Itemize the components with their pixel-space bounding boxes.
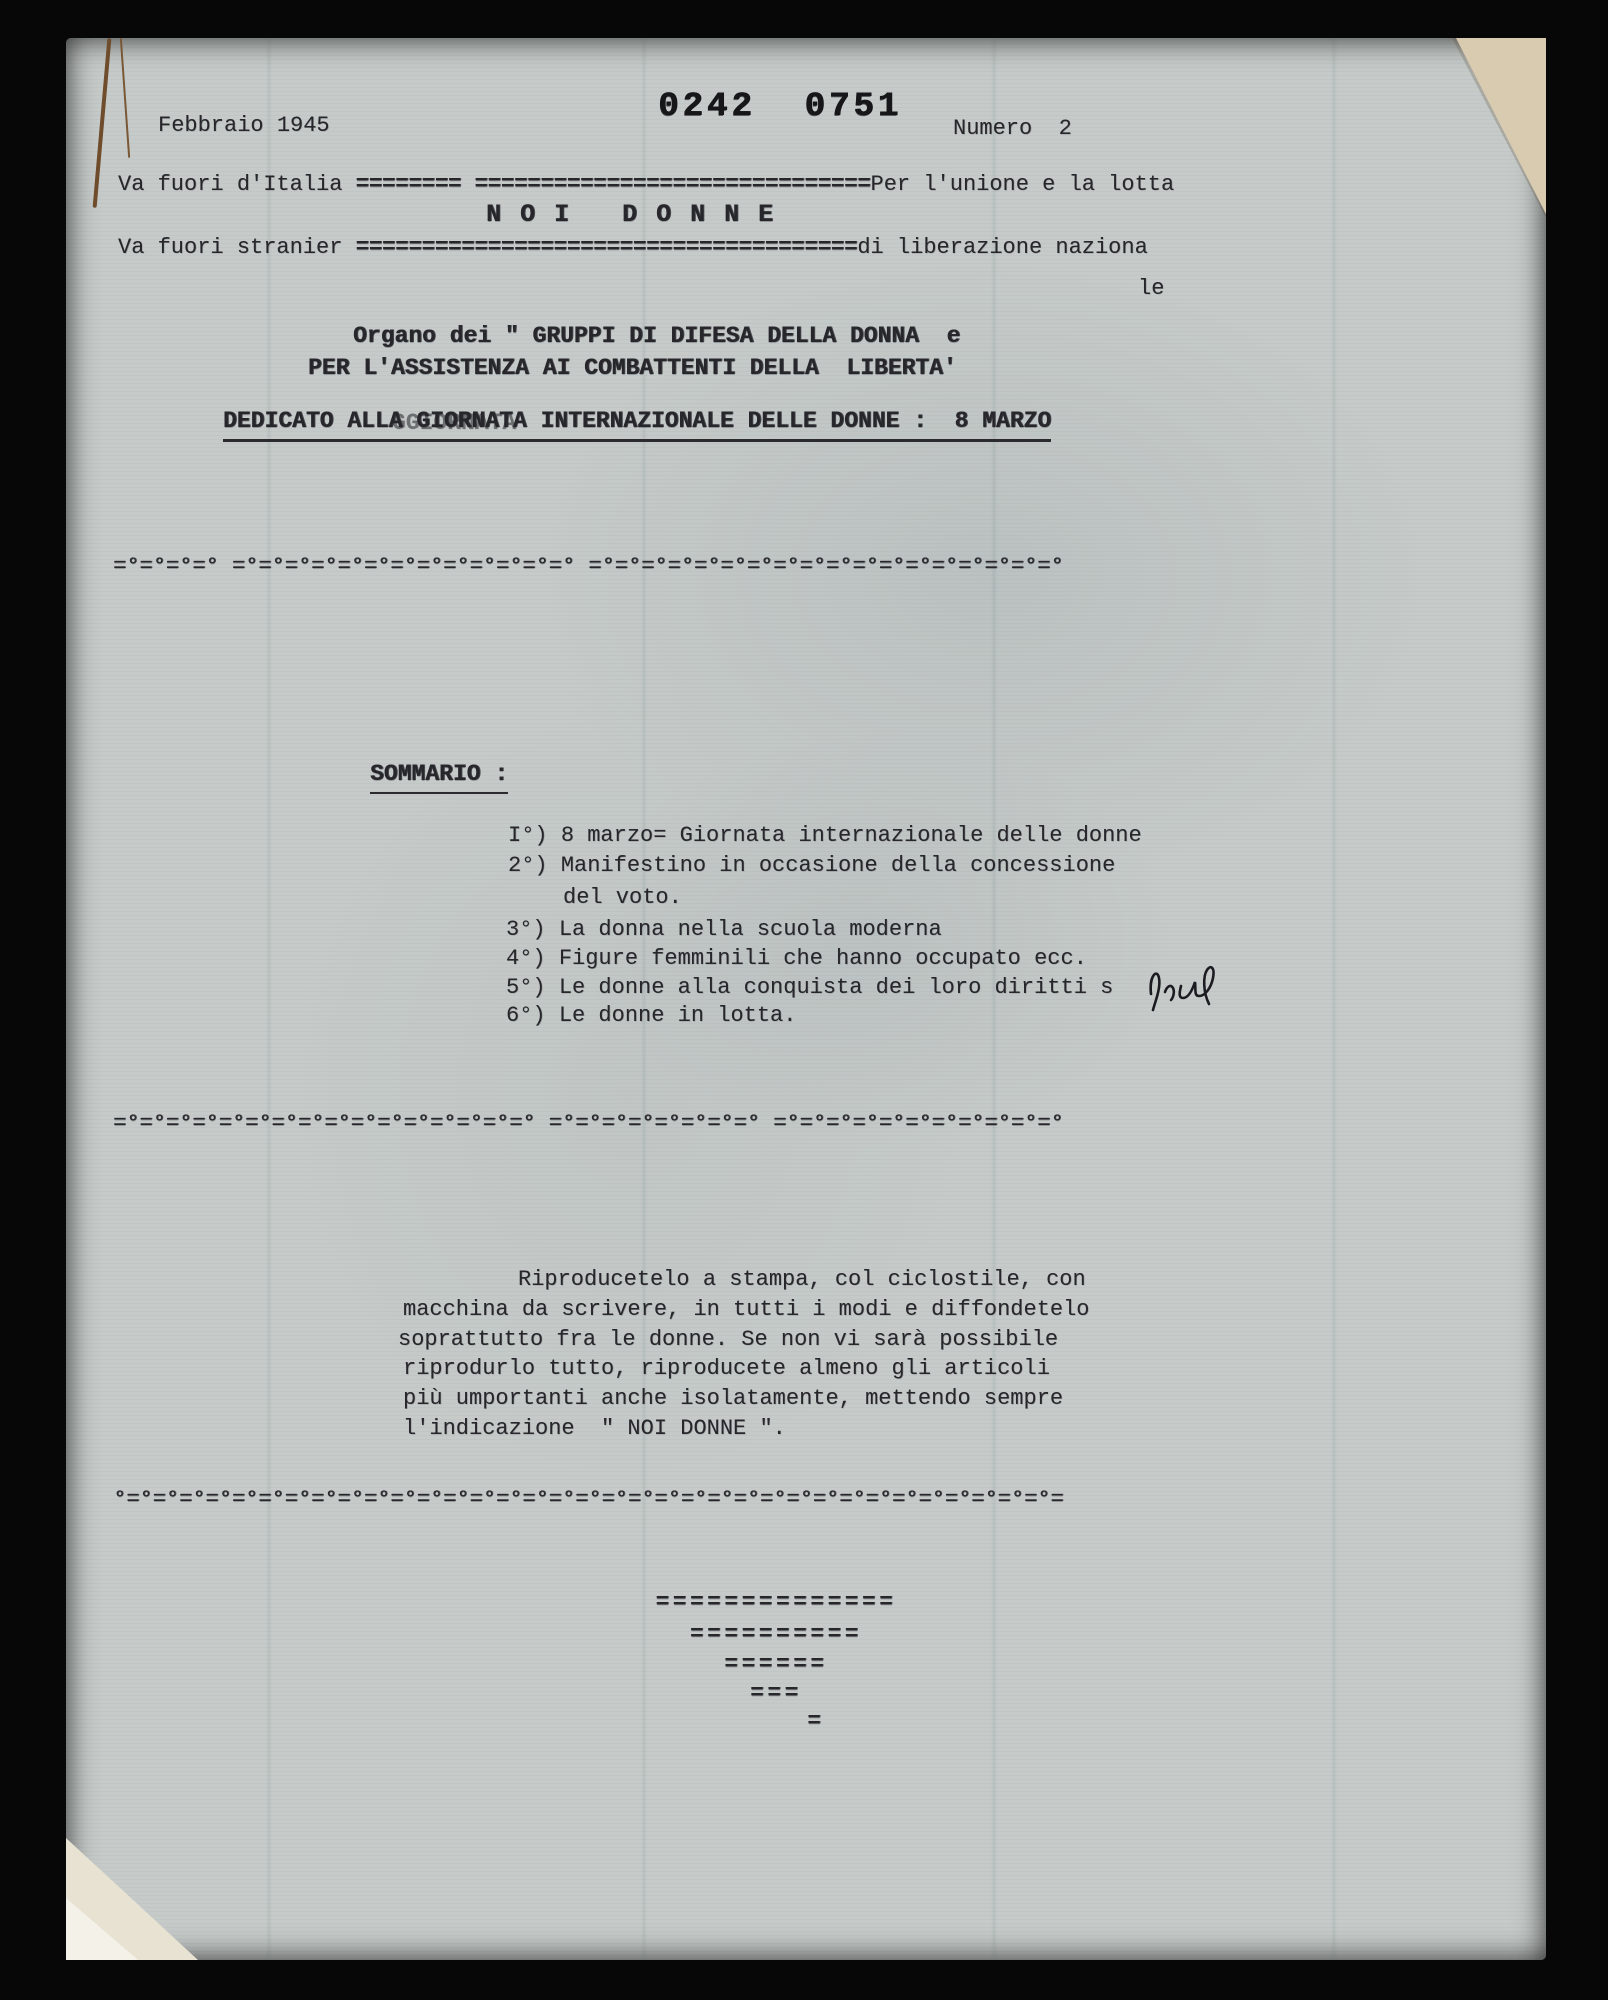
item-number: 5°)	[506, 975, 546, 1000]
distribution-line-foreign: Va fuori stranier ======================…	[118, 235, 1148, 260]
torn-corner-top-right	[1456, 38, 1546, 214]
sommario-item: 2°) Manifestino in occasione della conce…	[508, 853, 1115, 878]
item-number: 4°)	[506, 946, 546, 971]
notice-line: riprodurlo tutto, riproducete almeno gli…	[403, 1356, 1050, 1381]
item-number: 2°)	[508, 853, 548, 878]
distribution-italy-right: Per l'unione e la lotta	[871, 172, 1175, 197]
item-text: La donna nella scuola moderna	[559, 917, 942, 942]
masthead-title: N O I D O N N E	[486, 200, 775, 229]
pyramid-row: ===	[750, 1681, 802, 1706]
divider-top: =°=°=°=° =°=°=°=°=°=°=°=°=°=°=°=°=° =°=°…	[113, 554, 1064, 579]
item-text: Le donne alla conquista dei loro diritti…	[559, 975, 1114, 1000]
item-number: 6°)	[506, 1003, 546, 1028]
pyramid-row: ======	[724, 1652, 827, 1677]
sommario-item: 5°) Le donne alla conquista dei loro dir…	[506, 975, 1113, 1000]
item-text: Figure femminili che hanno occupato ecc.	[559, 946, 1087, 971]
fold-crease	[268, 38, 270, 1960]
item-text: del voto.	[563, 885, 682, 910]
notice-line: più umportanti anche isolatamente, mette…	[403, 1386, 1063, 1411]
sommario-item: 3°) La donna nella scuola moderna	[506, 917, 942, 942]
distribution-foreign-continuation: le	[1138, 276, 1164, 301]
sommario-item: 6°) Le donne in lotta.	[506, 1003, 796, 1028]
notice-line: l'indicazione " NOI DONNE ".	[403, 1416, 786, 1441]
equals-rule: ======================================	[356, 235, 858, 260]
dedication-overstrike: GGIORNATA	[392, 410, 516, 436]
paper: Febbraio 1945 0242 0751 Numero 2 Va fuor…	[66, 38, 1546, 1960]
tear-mark	[120, 38, 130, 158]
organ-subtitle-line2: PER L'ASSISTENZA AI COMBATTENTI DELLA LI…	[308, 355, 957, 381]
issue-number: Numero 2	[953, 116, 1072, 141]
date-label: Febbraio 1945	[158, 113, 330, 138]
divider-middle: =°=°=°=°=°=°=°=°=°=°=°=°=°=°=°=° =°=°=°=…	[113, 1111, 1064, 1136]
pyramid-row: ==========	[690, 1622, 862, 1647]
item-text: 8 marzo= Giornata internazionale delle d…	[561, 823, 1142, 848]
sommario-heading: SOMMARIO :	[370, 761, 508, 794]
notice-line: macchina da scrivere, in tutti i modi e …	[403, 1297, 1090, 1322]
archive-stamp: 0242 0751	[658, 88, 902, 126]
notice-line: Riproducetelo a stampa, col ciclostile, …	[518, 1267, 1086, 1292]
fold-crease	[1333, 38, 1335, 1960]
distribution-foreign-right: di liberazione naziona	[857, 235, 1147, 260]
folded-corner-bottom-left-inner	[66, 1898, 138, 1960]
pyramid-row: =	[807, 1709, 824, 1734]
divider-bottom: °=°=°=°=°=°=°=°=°=°=°=°=°=°=°=°=°=°=°=°=…	[113, 1487, 1064, 1512]
tear-mark	[93, 38, 112, 208]
pyramid-row: ==============	[656, 1590, 897, 1615]
item-number: I°)	[508, 823, 548, 848]
organ-subtitle-line1: Organo dei " GRUPPI DI DIFESA DELLA DONN…	[353, 323, 960, 349]
distribution-italy-label: Va fuori d'Italia	[118, 172, 356, 197]
sommario-item: 4°) Figure femminili che hanno occupato …	[506, 946, 1087, 971]
notice-line: soprattutto fra le donne. Se non vi sarà…	[398, 1327, 1058, 1352]
distribution-foreign-label: Va fuori stranier	[118, 235, 356, 260]
handwriting-annotation	[1143, 956, 1233, 1016]
item-text: Le donne in lotta.	[559, 1003, 797, 1028]
sommario-item-continuation: del voto.	[563, 885, 682, 910]
dedication-heading: DEDICATO ALLA GIORNATA INTERNAZIONALE DE…	[223, 408, 1051, 442]
sommario-item: I°) 8 marzo= Giornata internazionale del…	[508, 823, 1142, 848]
equals-rule: ======== ==============================	[356, 172, 871, 197]
item-text: Manifestino in occasione della concessio…	[561, 853, 1116, 878]
distribution-line-italy: Va fuori d'Italia ======== =============…	[118, 172, 1174, 197]
scan-background: { "document": { "date": "Febbraio 1945",…	[0, 0, 1608, 2000]
item-number: 3°)	[506, 917, 546, 942]
